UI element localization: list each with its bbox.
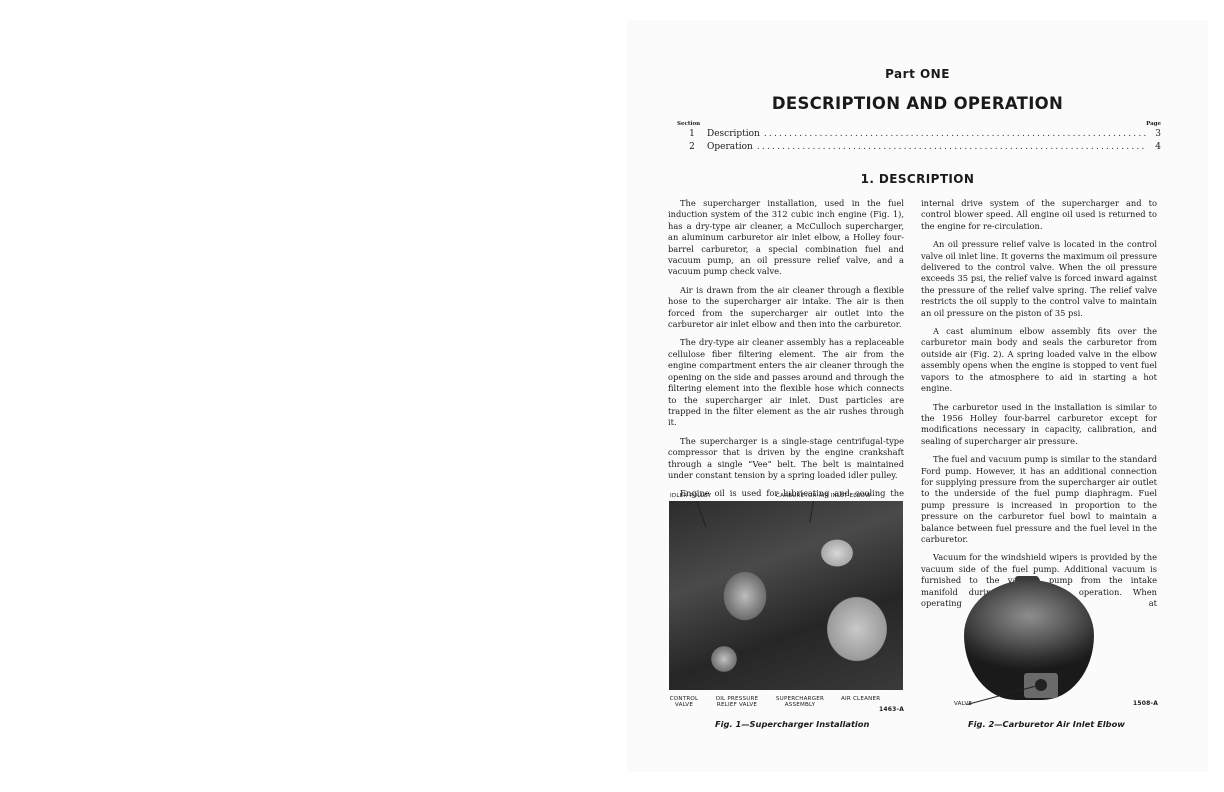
figure-label-control-valve: CONTROL VALVE — [668, 696, 700, 708]
figure-label-idler-pulley: IDLER PULLEY — [670, 493, 711, 499]
paragraph-continuation: internal drive system of the supercharge… — [921, 198, 1157, 232]
figure-1-caption: Fig. 1—Supercharger Installation — [715, 719, 869, 729]
toc-label: Operation — [707, 142, 757, 152]
toc-row[interactable]: 1 Description ..........................… — [677, 129, 1161, 142]
left-column: The supercharger installation, used in t… — [668, 198, 904, 507]
figure-label-supercharger-assembly: SUPERCHARGER ASSEMBLY — [773, 696, 827, 708]
toc-number: 2 — [677, 142, 707, 152]
label-line: ASSEMBLY — [785, 702, 816, 708]
figure-label-valve: VALVE — [954, 701, 972, 707]
paragraph: The dry-type air cleaner assembly has a … — [668, 337, 904, 428]
toc-header: Section Page — [677, 121, 1161, 129]
toc-row[interactable]: 2 Operation ............................… — [677, 142, 1161, 155]
page-title: DESCRIPTION AND OPERATION — [627, 94, 1208, 113]
paragraph: A cast aluminum elbow assembly fits over… — [921, 326, 1157, 394]
figure-label-oil-pressure-relief-valve: OIL PRESSURE RELIEF VALVE — [713, 696, 761, 708]
figure-label-air-cleaner: AIR CLEANER — [841, 696, 880, 702]
paragraph: An oil pressure relief valve is located … — [921, 239, 1157, 319]
document-page: Part ONE DESCRIPTION AND OPERATION Secti… — [627, 20, 1208, 772]
toc-number: 1 — [677, 129, 707, 139]
figure-2-caption: Fig. 2—Carburetor Air Inlet Elbow — [968, 719, 1125, 729]
paragraph: The carburetor used in the installation … — [921, 402, 1157, 448]
toc-page-number: 3 — [1147, 129, 1161, 139]
right-column: internal drive system of the supercharge… — [921, 198, 1157, 616]
paragraph: Air is drawn from the air cleaner throug… — [668, 285, 904, 331]
toc-page-number: 4 — [1147, 142, 1161, 152]
toc-label: Description — [707, 129, 764, 139]
toc-leader-dots: ........................................… — [764, 129, 1147, 139]
paragraph: The fuel and vacuum pump is similar to t… — [921, 454, 1157, 545]
label-line: VALVE — [675, 702, 693, 708]
elbow-valve-hole — [1035, 679, 1047, 691]
section-heading: 1. DESCRIPTION — [627, 172, 1208, 186]
paragraph: The supercharger installation, used in t… — [668, 198, 904, 278]
paragraph: The supercharger is a single-stage centr… — [668, 436, 904, 482]
figure-label-carburetor-air-inlet-elbow: CARBURETOR AIR INLET ELBOW — [776, 493, 871, 499]
part-title: Part ONE — [627, 67, 1208, 81]
toc-page-header: Page — [1146, 121, 1161, 129]
figure-code: 1463-A — [879, 706, 904, 713]
table-of-contents: Section Page 1 Description .............… — [677, 121, 1161, 155]
toc-leader-dots: ........................................… — [757, 142, 1147, 152]
figure-code: 1508-A — [1133, 700, 1158, 707]
label-line: RELIEF VALVE — [717, 702, 757, 708]
toc-section-header: Section — [677, 121, 700, 129]
supercharger-installation-photo — [669, 501, 903, 690]
